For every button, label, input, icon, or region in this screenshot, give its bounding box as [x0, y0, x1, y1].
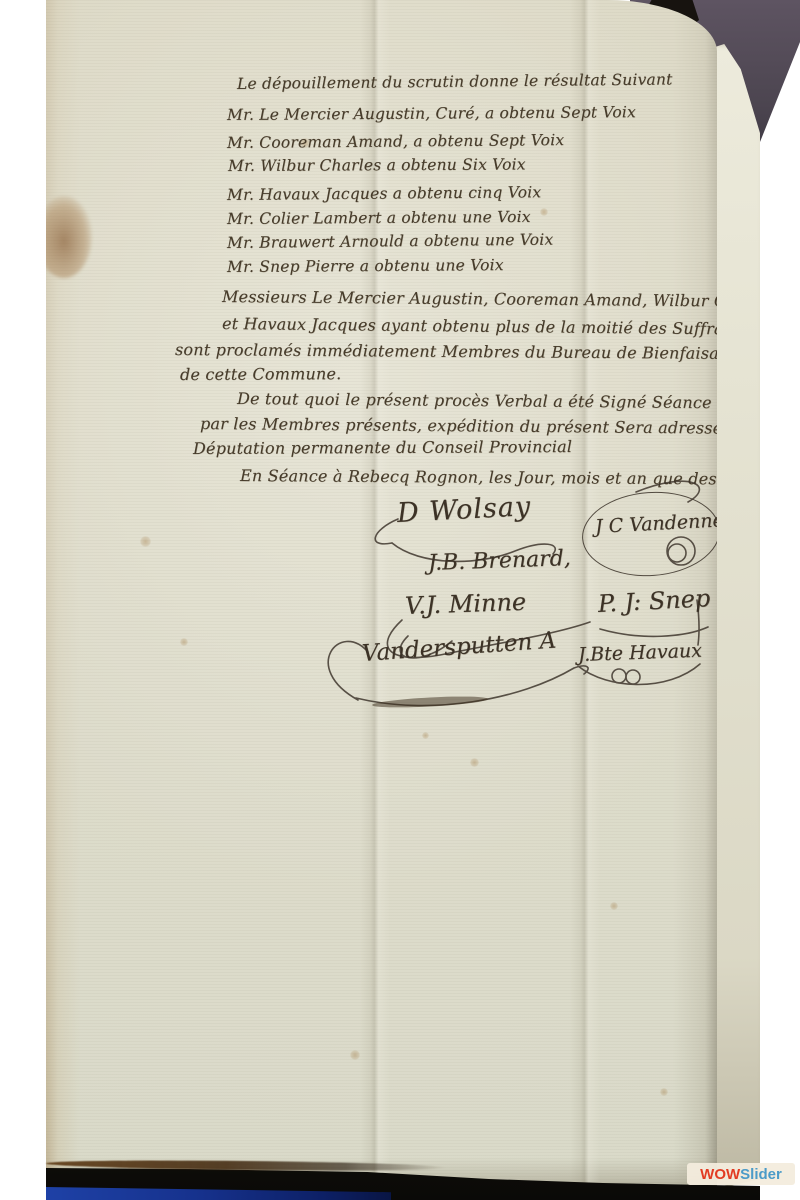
manuscript-line: De tout quoi le présent procès Verbal a …	[237, 389, 717, 413]
signature-snep: P. J: Snep	[597, 584, 711, 618]
manuscript-line: Députation permanente du Conseil Provinc…	[193, 437, 572, 458]
manuscript-line: Mr. Snep Pierre a obtenu une Voix	[227, 256, 504, 276]
signature-wolsay: D Wolsay	[396, 491, 532, 529]
manuscript-line: Mr. Brauwert Arnould a obtenu une Voix	[227, 231, 554, 252]
manuscript-page: Le dépouillement du scrutin donne le rés…	[46, 0, 717, 1187]
signature-minne: V.J. Minne	[405, 588, 527, 620]
fold-crease	[570, 0, 600, 1187]
manuscript-line: Mr. Wilbur Charles a obtenu Six Voix	[228, 155, 526, 175]
manuscript-line: Mr. Havaux Jacques a obtenu cinq Voix	[227, 183, 541, 204]
manuscript-line: par les Membres présents, expédition du …	[200, 414, 717, 438]
foxing-spot	[470, 758, 479, 767]
manuscript-line: et Havaux Jacques ayant obtenu plus de l…	[222, 314, 717, 339]
watermark-slider-text: Slider	[740, 1166, 782, 1183]
manuscript-line: Mr. Le Mercier Augustin, Curé, a obtenu …	[227, 103, 636, 124]
photo-of-manuscript: Le dépouillement du scrutin donne le rés…	[0, 0, 800, 1200]
manuscript-line: Messieurs Le Mercier Augustin, Cooreman …	[222, 287, 717, 311]
manuscript-line: En Séance à Rebecq Rognon, les Jour, moi…	[240, 466, 717, 489]
foxing-spot	[610, 902, 618, 910]
manuscript-line: Mr. Cooreman Amand, a obtenu Sept Voix	[227, 131, 564, 152]
signature-vandersputten: Vandersputten A	[361, 627, 557, 667]
foxing-spot	[540, 208, 548, 216]
manuscript-line: Mr. Colier Lambert a obtenu une Voix	[227, 208, 531, 228]
fold-crease	[360, 0, 390, 1187]
manuscript-line: Le dépouillement du scrutin donne le rés…	[237, 70, 673, 93]
signature-havaux: J.Bte Havaux	[578, 640, 703, 666]
foxing-spot	[180, 638, 188, 646]
foxing-spot	[140, 536, 151, 547]
paper-stain	[46, 196, 92, 278]
foxing-spot	[350, 1050, 360, 1060]
watermark[interactable]: WOWSlider	[687, 1163, 795, 1185]
signature-brenard: J.B. Brenard,	[428, 546, 572, 576]
watermark-wow-text: WOW	[700, 1166, 740, 1183]
foxing-spot	[422, 732, 429, 739]
manuscript-line: de cette Commune.	[180, 364, 342, 384]
manuscript-line: sont proclamés immédiatement Membres du …	[175, 340, 717, 363]
foxing-spot	[660, 1088, 668, 1096]
